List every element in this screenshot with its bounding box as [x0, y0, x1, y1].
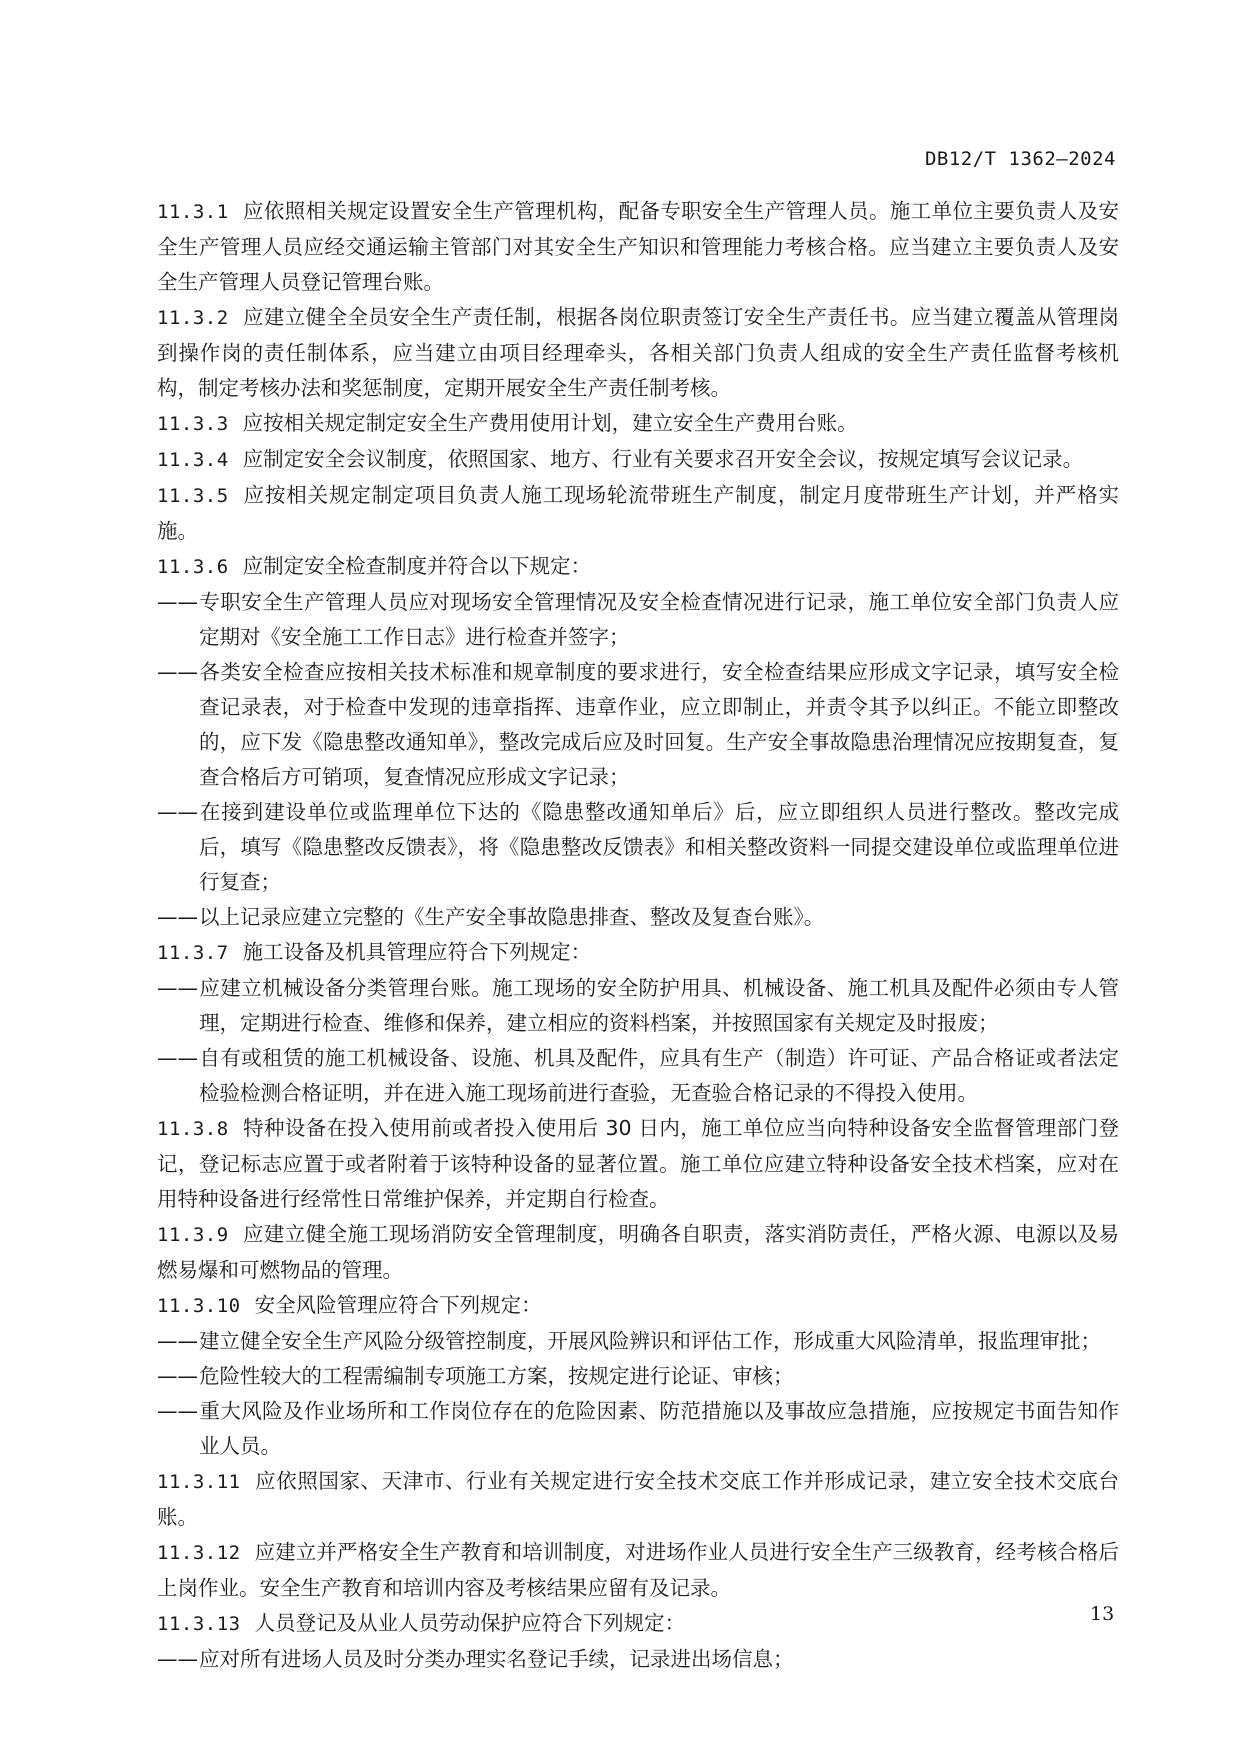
clause-number: 11.3.10 — [157, 1289, 241, 1324]
em-dash-bullet: —— — [157, 1041, 199, 1076]
clause-11-3-12: 11.3.12应建立并严格安全生产教育和培训制度，对进场作业人员进行安全生产三级… — [157, 1535, 1119, 1606]
em-dash-bullet: —— — [157, 795, 199, 830]
clause-text: 应依照国家、天津市、行业有关规定进行安全技术交底工作并形成记录，建立安全技术交底… — [157, 1469, 1119, 1529]
clause-text: 应制定安全检查制度并符合以下规定： — [243, 554, 592, 578]
clause-11-3-6: 11.3.6应制定安全检查制度并符合以下规定： — [157, 549, 1119, 585]
clause-text: 应建立健全施工现场消防安全管理制度，明确各自职责，落实消防责任，严格火源、电源以… — [157, 1222, 1119, 1282]
clause-text: 应建立健全全员安全生产责任制，根据各岗位职责签订安全生产责任书。应当建立覆盖从管… — [157, 305, 1119, 400]
clause-text: 安全风险管理应符合下列规定： — [255, 1293, 542, 1317]
clause-11-3-1: 11.3.1应依照相关规定设置安全生产管理机构，配备专职安全生产管理人员。施工单… — [157, 194, 1119, 300]
clause-number: 11.3.7 — [157, 936, 229, 971]
list-item: ——重大风险及作业场所和工作岗位存在的危险因素、防范措施以及事故应急措施，应按规… — [151, 1394, 1119, 1464]
clause-text: 施工设备及机具管理应符合下列规定： — [243, 940, 592, 964]
list-item: ——自有或租赁的施工机械设备、设施、机具及配件，应具有生产（制造）许可证、产品合… — [151, 1041, 1119, 1111]
clause-11-3-2: 11.3.2应建立健全全员安全生产责任制，根据各岗位职责签订安全生产责任书。应当… — [157, 300, 1119, 406]
em-dash-bullet: —— — [157, 585, 199, 620]
list-item-text: 各类安全检查应按相关技术标准和规章制度的要求进行，安全检查结果应形成文字记录，填… — [199, 660, 1119, 789]
em-dash-bullet: —— — [157, 1642, 199, 1677]
clause-number: 11.3.1 — [157, 195, 229, 230]
clause-number: 11.3.13 — [157, 1607, 241, 1642]
em-dash-bullet: —— — [157, 1359, 199, 1394]
clause-number: 11.3.9 — [157, 1218, 229, 1253]
list-item: ——应对所有进场人员及时分类办理实名登记手续，记录进出场信息； — [151, 1642, 1119, 1677]
clause-11-3-7: 11.3.7施工设备及机具管理应符合下列规定： — [157, 935, 1119, 971]
document-code-header: DB12/T 1362—2024 — [925, 148, 1116, 170]
list-item-text: 重大风险及作业场所和工作岗位存在的危险因素、防范措施以及事故应急措施，应按规定书… — [199, 1399, 1119, 1458]
clause-text: 特种设备在投入使用前或者投入使用后 30 日内，施工单位应当向特种设备安全监督管… — [157, 1116, 1119, 1211]
clause-11-3-9: 11.3.9应建立健全施工现场消防安全管理制度，明确各自职责，落实消防责任，严格… — [157, 1217, 1119, 1288]
clause-number: 11.3.3 — [157, 407, 229, 442]
list-item: ——危险性较大的工程需编制专项施工方案，按规定进行论证、审核； — [151, 1359, 1119, 1394]
list-item-text: 应建立机械设备分类管理台账。施工现场的安全防护用具、机械设备、施工机具及配件必须… — [199, 976, 1119, 1035]
clause-number: 11.3.12 — [157, 1536, 241, 1571]
page-number: 13 — [1090, 1603, 1114, 1625]
list-item-text: 自有或租赁的施工机械设备、设施、机具及配件，应具有生产（制造）许可证、产品合格证… — [199, 1046, 1119, 1105]
list-item-text: 危险性较大的工程需编制专项施工方案，按规定进行论证、审核； — [199, 1364, 794, 1388]
clause-11-3-13: 11.3.13人员登记及从业人员劳动保护应符合下列规定： — [157, 1606, 1119, 1642]
list-item: ——以上记录应建立完整的《生产安全事故隐患排查、整改及复查台账》。 — [151, 900, 1119, 935]
clause-11-3-3: 11.3.3应按相关规定制定安全生产费用使用计划，建立安全生产费用台账。 — [157, 406, 1119, 442]
list-item: ——在接到建设单位或监理单位下达的《隐患整改通知单后》后，应立即组织人员进行整改… — [151, 795, 1119, 900]
clause-text: 应制定安全会议制度，依照国家、地方、行业有关要求召开安全会议，按规定填写会议记录… — [243, 447, 1084, 471]
clause-text: 应依照相关规定设置安全生产管理机构，配备专职安全生产管理人员。施工单位主要负责人… — [157, 199, 1119, 294]
list-item-text: 应对所有进场人员及时分类办理实名登记手续，记录进出场信息； — [199, 1647, 794, 1671]
list-item: ——建立健全安全生产风险分级管控制度，开展风险辨识和评估工作，形成重大风险清单，… — [151, 1324, 1119, 1359]
clause-number: 11.3.8 — [157, 1112, 229, 1147]
em-dash-bullet: —— — [157, 900, 199, 935]
list-item: ——各类安全检查应按相关技术标准和规章制度的要求进行，安全检查结果应形成文字记录… — [151, 655, 1119, 795]
clause-11-3-11: 11.3.11应依照国家、天津市、行业有关规定进行安全技术交底工作并形成记录，建… — [157, 1464, 1119, 1535]
clause-number: 11.3.11 — [157, 1465, 241, 1500]
list-item: ——专职安全生产管理人员应对现场安全管理情况及安全检查情况进行记录，施工单位安全… — [151, 585, 1119, 655]
list-item-text: 以上记录应建立完整的《生产安全事故隐患排查、整改及复查台账》。 — [199, 905, 824, 929]
clause-11-3-8: 11.3.8特种设备在投入使用前或者投入使用后 30 日内，施工单位应当向特种设… — [157, 1111, 1119, 1217]
clause-text: 应按相关规定制定项目负责人施工现场轮流带班生产制度，制定月度带班生产计划，并严格… — [157, 483, 1119, 543]
clause-11-3-10: 11.3.10安全风险管理应符合下列规定： — [157, 1288, 1119, 1324]
em-dash-bullet: —— — [157, 971, 199, 1006]
clause-text: 人员登记及从业人员劳动保护应符合下列规定： — [255, 1611, 686, 1635]
clause-text: 应建立并严格安全生产教育和培训制度，对进场作业人员进行安全生产三级教育，经考核合… — [157, 1540, 1119, 1600]
clause-number: 11.3.6 — [157, 550, 229, 585]
list-item-text: 专职安全生产管理人员应对现场安全管理情况及安全检查情况进行记录，施工单位安全部门… — [199, 590, 1119, 649]
clause-number: 11.3.2 — [157, 301, 229, 336]
clause-number: 11.3.5 — [157, 479, 229, 514]
clause-text: 应按相关规定制定安全生产费用使用计划，建立安全生产费用台账。 — [243, 411, 858, 435]
clause-11-3-4: 11.3.4应制定安全会议制度，依照国家、地方、行业有关要求召开安全会议，按规定… — [157, 442, 1119, 478]
document-body: 11.3.1应依照相关规定设置安全生产管理机构，配备专职安全生产管理人员。施工单… — [157, 194, 1119, 1677]
clause-number: 11.3.4 — [157, 443, 229, 478]
list-item-text: 建立健全安全生产风险分级管控制度，开展风险辨识和评估工作，形成重大风险清单，报监… — [199, 1329, 1101, 1353]
clause-11-3-5: 11.3.5应按相关规定制定项目负责人施工现场轮流带班生产制度，制定月度带班生产… — [157, 478, 1119, 549]
em-dash-bullet: —— — [157, 1394, 199, 1429]
list-item: ——应建立机械设备分类管理台账。施工现场的安全防护用具、机械设备、施工机具及配件… — [151, 971, 1119, 1041]
em-dash-bullet: —— — [157, 1324, 199, 1359]
list-item-text: 在接到建设单位或监理单位下达的《隐患整改通知单后》后，应立即组织人员进行整改。整… — [199, 800, 1119, 894]
em-dash-bullet: —— — [157, 655, 199, 690]
